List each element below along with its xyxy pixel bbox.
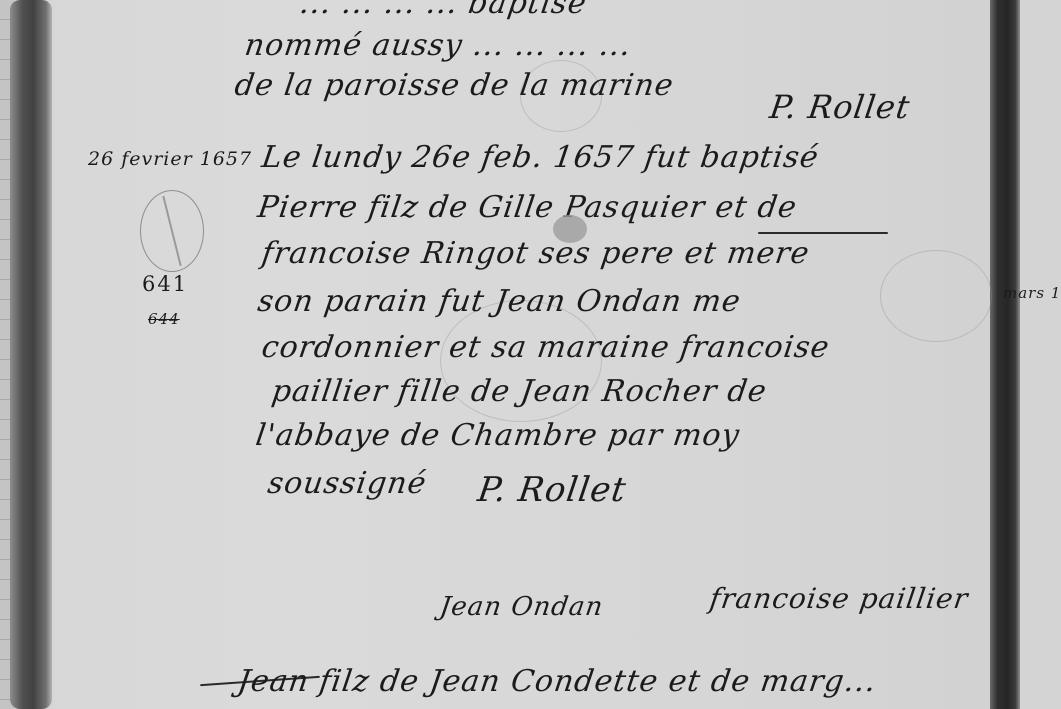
header-signature: P. Rollet: [767, 88, 912, 126]
entry-line-1: Le lundy 26e feb. 1657 fut baptisé: [260, 140, 822, 175]
entry-line-8: soussigné: [266, 466, 429, 501]
entry-line-6: paillier fille de Jean Rocher de: [270, 374, 770, 409]
struck-entry-number: 644: [148, 310, 180, 328]
margin-date: 26 fevrier 1657: [88, 148, 252, 170]
signature-godmother: francoise paillier: [708, 582, 971, 615]
left-binding-strip: [10, 0, 52, 709]
next-entry-line: Jean filz de Jean Condette et de marg...: [236, 664, 879, 699]
entry-line-4: son parain fut Jean Ondan me: [256, 284, 744, 319]
entry-line-5: cordonnier et sa maraine francoise: [260, 330, 832, 365]
entry-line-3: francoise Ringot ses pere et mere: [260, 236, 812, 271]
next-page-edge: [1020, 0, 1061, 709]
bleed-through-mark: [880, 250, 992, 342]
manuscript-page: ... ... ... ... baptisé nommé aussy ... …: [0, 0, 1061, 709]
entry-line-7: l'abbaye de Chambre par moy: [254, 418, 743, 453]
entry-signature: P. Rollet: [475, 470, 629, 510]
right-binding-strip: [990, 0, 1020, 709]
header-line-3: de la paroisse de la marine: [233, 68, 676, 103]
entry-number: 641: [142, 272, 188, 296]
header-line-1: ... ... ... ... baptisé: [298, 0, 590, 21]
underline: [758, 232, 888, 234]
entry-line-2: Pierre filz de Gille Pasquier et de: [256, 190, 800, 225]
pencil-circle-mark: [140, 190, 204, 272]
signature-godfather: Jean Ondan: [438, 592, 605, 622]
right-page-date-fragment: mars 16: [1003, 284, 1061, 302]
header-line-2: nommé aussy ... ... ... ...: [243, 28, 634, 63]
